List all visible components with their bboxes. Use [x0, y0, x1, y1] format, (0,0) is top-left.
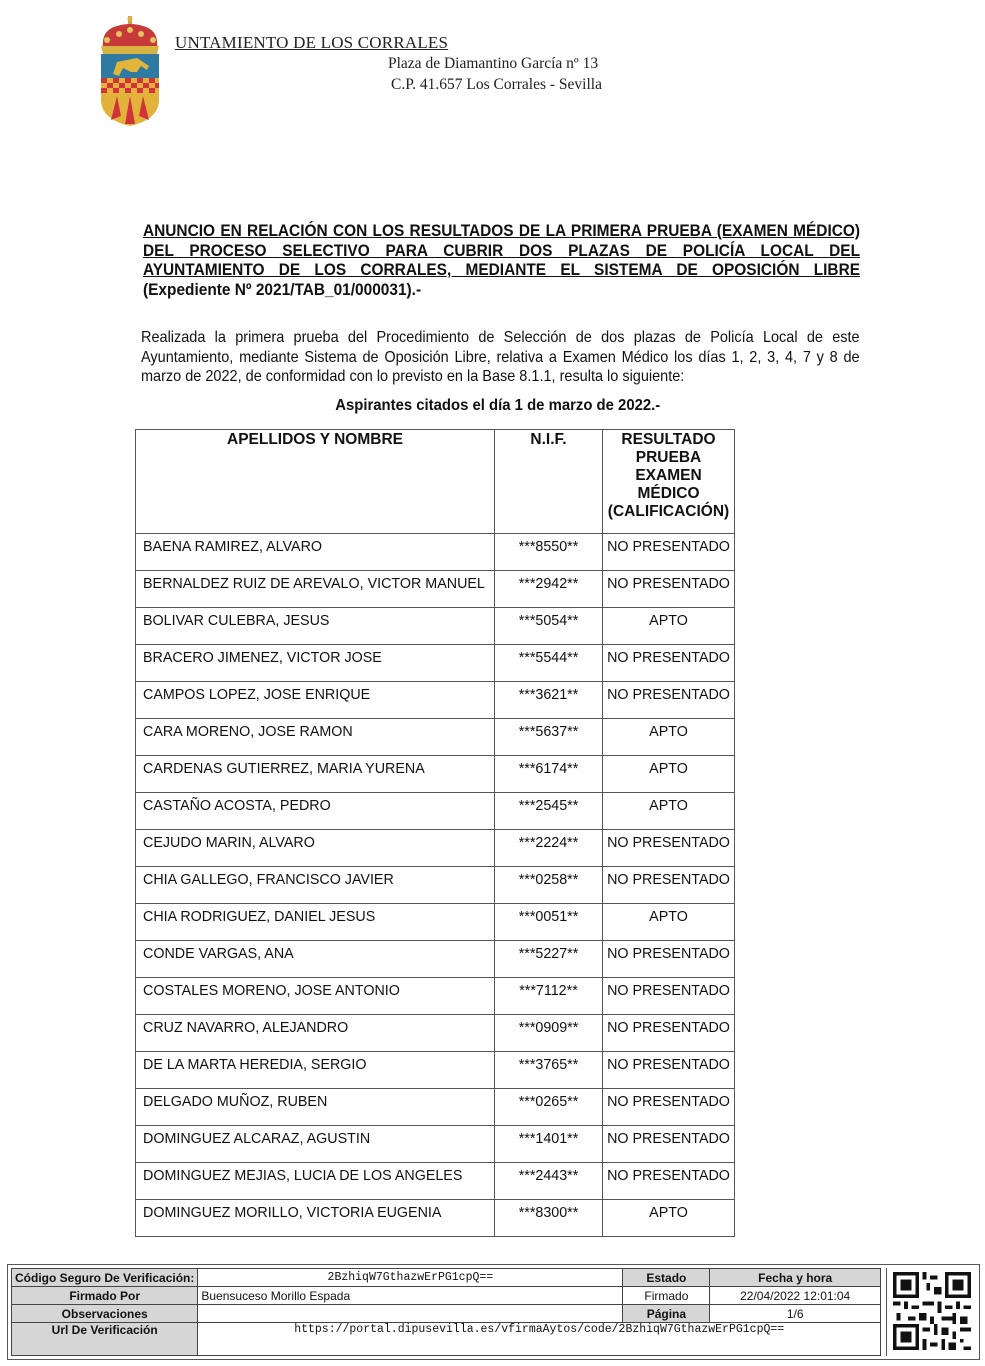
- results-table: APELLIDOS Y NOMBRE N.I.F. RESULTADO PRUE…: [135, 429, 735, 1237]
- firmado-por-value: Buensuceso Morillo Espada: [198, 1287, 623, 1305]
- table-row: DELGADO MUÑOZ, RUBEN***0265**NO PRESENTA…: [136, 1089, 735, 1126]
- intro-paragraph: Realizada la primera prueba del Procedim…: [141, 328, 860, 387]
- cell-nif: ***5227**: [495, 941, 603, 978]
- cell-nif: ***5544**: [495, 645, 603, 682]
- cell-name: CAMPOS LOPEZ, JOSE ENRIQUE: [136, 682, 495, 719]
- cell-result: APTO: [603, 1200, 735, 1237]
- table-row: BRACERO JIMENEZ, VICTOR JOSE***5544**NO …: [136, 645, 735, 682]
- cell-nif: ***5637**: [495, 719, 603, 756]
- header-result-line: EXAMEN: [603, 467, 734, 485]
- cell-result: APTO: [603, 904, 735, 941]
- cell-result: NO PRESENTADO: [603, 830, 735, 867]
- cell-nif: ***6174**: [495, 756, 603, 793]
- table-row: BAENA RAMIREZ, ALVARO***8550**NO PRESENT…: [136, 534, 735, 571]
- cell-name: CONDE VARGAS, ANA: [136, 941, 495, 978]
- cell-nif: ***0051**: [495, 904, 603, 941]
- header-result-line: MÉDICO: [603, 485, 734, 503]
- cell-result: NO PRESENTADO: [603, 978, 735, 1015]
- cell-result: NO PRESENTADO: [603, 1163, 735, 1200]
- estado-label: Estado: [623, 1269, 710, 1287]
- table-row: DE LA MARTA HEREDIA, SERGIO***3765**NO P…: [136, 1052, 735, 1089]
- signature-table: Código Seguro De Verificación: 2BzhiqW7G…: [11, 1268, 881, 1356]
- cell-name: DELGADO MUÑOZ, RUBEN: [136, 1089, 495, 1126]
- cell-nif: ***3765**: [495, 1052, 603, 1089]
- table-row: CHIA RODRIGUEZ, DANIEL JESUS***0051**APT…: [136, 904, 735, 941]
- cell-nif: ***0265**: [495, 1089, 603, 1126]
- cell-name: DOMINGUEZ MEJIAS, LUCIA DE LOS ANGELES: [136, 1163, 495, 1200]
- cell-name: DE LA MARTA HEREDIA, SERGIO: [136, 1052, 495, 1089]
- cell-name: CRUZ NAVARRO, ALEJANDRO: [136, 1015, 495, 1052]
- cell-name: COSTALES MORENO, JOSE ANTONIO: [136, 978, 495, 1015]
- expediente-reference: (Expediente Nº 2021/TAB_01/000031).-: [143, 280, 421, 299]
- address-line-1: Plaza de Diamantino García nº 13: [388, 55, 598, 73]
- cell-nif: ***2942**: [495, 571, 603, 608]
- table-row: CEJUDO MARIN, ALVARO***2224**NO PRESENTA…: [136, 830, 735, 867]
- header-result-line: PRUEBA: [603, 449, 734, 467]
- cell-name: BAENA RAMIREZ, ALVARO: [136, 534, 495, 571]
- table-header-row: APELLIDOS Y NOMBRE N.I.F. RESULTADO PRUE…: [136, 430, 735, 534]
- announcement-title: ANUNCIO EN RELACIÓN CON LOS RESULTADOS D…: [143, 221, 860, 300]
- pagina-label: Página: [623, 1305, 710, 1323]
- csv-label: Código Seguro De Verificación:: [12, 1269, 198, 1287]
- cell-name: BOLIVAR CULEBRA, JESUS: [136, 608, 495, 645]
- table-row: BERNALDEZ RUIZ DE AREVALO, VICTOR MANUEL…: [136, 571, 735, 608]
- url-label: Url De Verificación: [12, 1323, 198, 1356]
- cell-name: CEJUDO MARIN, ALVARO: [136, 830, 495, 867]
- estado-value: Firmado: [623, 1287, 710, 1305]
- address-line-2: C.P. 41.657 Los Corrales - Sevilla: [391, 76, 602, 94]
- cell-result: APTO: [603, 608, 735, 645]
- cell-result: NO PRESENTADO: [603, 941, 735, 978]
- fecha-value: 22/04/2022 12:01:04: [710, 1287, 881, 1305]
- cell-nif: ***8300**: [495, 1200, 603, 1237]
- cell-result: APTO: [603, 719, 735, 756]
- header-result-line: RESULTADO: [603, 431, 734, 449]
- cell-result: APTO: [603, 756, 735, 793]
- cell-nif: ***0909**: [495, 1015, 603, 1052]
- table-row: DOMINGUEZ MEJIAS, LUCIA DE LOS ANGELES**…: [136, 1163, 735, 1200]
- cell-name: CHIA GALLEGO, FRANCISCO JAVIER: [136, 867, 495, 904]
- cell-name: DOMINGUEZ ALCARAZ, AGUSTIN: [136, 1126, 495, 1163]
- table-row: CASTAÑO ACOSTA, PEDRO***2545**APTO: [136, 793, 735, 830]
- cell-nif: ***1401**: [495, 1126, 603, 1163]
- cell-nif: ***7112**: [495, 978, 603, 1015]
- table-row: DOMINGUEZ ALCARAZ, AGUSTIN***1401**NO PR…: [136, 1126, 735, 1163]
- cell-nif: ***2545**: [495, 793, 603, 830]
- table-row: CARA MORENO, JOSE RAMON***5637**APTO: [136, 719, 735, 756]
- table-row: DOMINGUEZ MORILLO, VICTORIA EUGENIA***83…: [136, 1200, 735, 1237]
- table-row: CARDENAS GUTIERREZ, MARIA YURENA***6174*…: [136, 756, 735, 793]
- header-result: RESULTADO PRUEBA EXAMEN MÉDICO (CALIFICA…: [603, 430, 735, 534]
- announcement-title-underlined: ANUNCIO EN RELACIÓN CON LOS RESULTADOS D…: [143, 221, 860, 279]
- cell-result: NO PRESENTADO: [603, 534, 735, 571]
- section-subtitle: Aspirantes citados el día 1 de marzo de …: [0, 397, 985, 415]
- signature-block: Código Seguro De Verificación: 2BzhiqW7G…: [7, 1264, 980, 1360]
- csv-value: 2BzhiqW7GthazwErPG1cpQ==: [198, 1269, 623, 1287]
- fecha-label: Fecha y hora: [710, 1269, 881, 1287]
- cell-result: NO PRESENTADO: [603, 645, 735, 682]
- cell-nif: ***8550**: [495, 534, 603, 571]
- coat-of-arms-icon: [97, 16, 163, 128]
- firmado-por-label: Firmado Por: [12, 1287, 198, 1305]
- organization-name: UNTAMIENTO DE LOS CORRALES: [175, 33, 448, 53]
- header-name: APELLIDOS Y NOMBRE: [136, 430, 495, 534]
- qr-code-icon[interactable]: [886, 1268, 977, 1356]
- table-row: CAMPOS LOPEZ, JOSE ENRIQUE***3621**NO PR…: [136, 682, 735, 719]
- table-row: CHIA GALLEGO, FRANCISCO JAVIER***0258**N…: [136, 867, 735, 904]
- cell-name: CARA MORENO, JOSE RAMON: [136, 719, 495, 756]
- cell-result: NO PRESENTADO: [603, 867, 735, 904]
- cell-nif: ***5054**: [495, 608, 603, 645]
- table-row: CONDE VARGAS, ANA***5227**NO PRESENTADO: [136, 941, 735, 978]
- cell-nif: ***2224**: [495, 830, 603, 867]
- cell-nif: ***2443**: [495, 1163, 603, 1200]
- cell-nif: ***3621**: [495, 682, 603, 719]
- cell-name: BERNALDEZ RUIZ DE AREVALO, VICTOR MANUEL: [136, 571, 495, 608]
- cell-result: NO PRESENTADO: [603, 1052, 735, 1089]
- cell-name: CASTAÑO ACOSTA, PEDRO: [136, 793, 495, 830]
- cell-name: BRACERO JIMENEZ, VICTOR JOSE: [136, 645, 495, 682]
- cell-result: NO PRESENTADO: [603, 1015, 735, 1052]
- header-nif: N.I.F.: [495, 430, 603, 534]
- cell-nif: ***0258**: [495, 867, 603, 904]
- table-row: CRUZ NAVARRO, ALEJANDRO***0909**NO PRESE…: [136, 1015, 735, 1052]
- cell-result: APTO: [603, 793, 735, 830]
- cell-result: NO PRESENTADO: [603, 1089, 735, 1126]
- cell-name: CHIA RODRIGUEZ, DANIEL JESUS: [136, 904, 495, 941]
- observaciones-value: [198, 1305, 623, 1323]
- cell-result: NO PRESENTADO: [603, 1126, 735, 1163]
- cell-name: DOMINGUEZ MORILLO, VICTORIA EUGENIA: [136, 1200, 495, 1237]
- cell-name: CARDENAS GUTIERREZ, MARIA YURENA: [136, 756, 495, 793]
- observaciones-label: Observaciones: [12, 1305, 198, 1323]
- pagina-value: 1/6: [710, 1305, 881, 1323]
- table-row: COSTALES MORENO, JOSE ANTONIO***7112**NO…: [136, 978, 735, 1015]
- cell-result: NO PRESENTADO: [603, 682, 735, 719]
- header-result-line: (CALIFICACIÓN): [603, 503, 734, 521]
- cell-result: NO PRESENTADO: [603, 571, 735, 608]
- verification-url[interactable]: https://portal.dipusevilla.es/vfirmaAyto…: [198, 1323, 881, 1356]
- section-subtitle-text: Aspirantes citados el día 1 de marzo de …: [335, 397, 660, 415]
- table-row: BOLIVAR CULEBRA, JESUS***5054**APTO: [136, 608, 735, 645]
